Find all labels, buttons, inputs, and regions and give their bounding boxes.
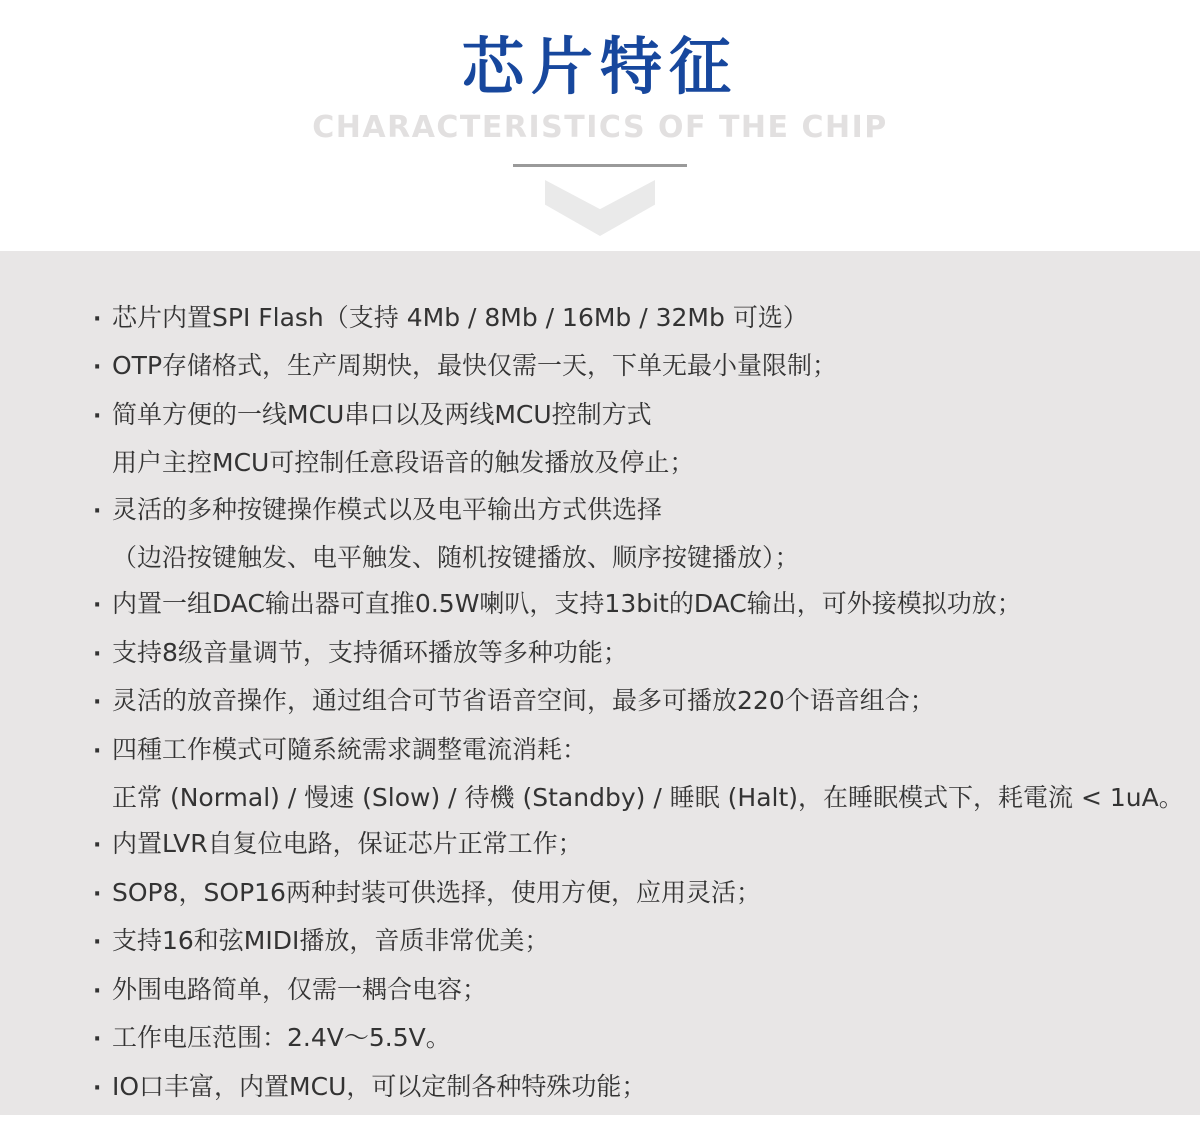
feature-item: · IO口丰富，内置MCU，可以定制各种特殊功能；: [93, 1064, 1185, 1112]
divider-line: [513, 164, 687, 167]
feature-item: · 内置一组DAC输出器可直推0.5W喇叭，支持13bit的DAC输出，可外接模…: [93, 581, 1185, 629]
feature-item: 正常 (Normal) / 慢速 (Slow) / 待機 (Standby) /…: [93, 775, 1185, 821]
feature-item: · 支持16和弦MIDI播放，音质非常优美；: [93, 918, 1185, 966]
feature-text: 正常 (Normal) / 慢速 (Slow) / 待機 (Standby) /…: [112, 775, 1184, 821]
bullet-dot: ·: [93, 1017, 112, 1063]
feature-text: 内置LVR自复位电路，保证芯片正常工作；: [112, 821, 583, 867]
feature-item: · 简单方便的一线MCU串口以及两线MCU控制方式: [93, 392, 1185, 440]
product-description-page: 芯片特征 CHARACTERISTICS OF THE CHIP · 芯片内置S…: [0, 0, 1200, 1115]
bullet-dot: ·: [93, 823, 112, 869]
feature-text: SOP8，SOP16两种封装可供选择，使用方便，应用灵活；: [112, 870, 761, 916]
section-title: 芯片特征: [0, 30, 1200, 104]
feature-text: 芯片内置SPI Flash（支持 4Mb / 8Mb / 16Mb / 32Mb…: [112, 295, 808, 341]
feature-item: · 外围电路简单，仅需一耦合电容；: [93, 967, 1185, 1015]
feature-text: 灵活的放音操作，通过组合可节省语音空间，最多可播放220个语音组合；: [112, 678, 935, 724]
section-header: 芯片特征 CHARACTERISTICS OF THE CHIP: [0, 0, 1200, 236]
feature-text: 外围电路简单，仅需一耦合电容；: [112, 967, 487, 1013]
feature-list: · 芯片内置SPI Flash（支持 4Mb / 8Mb / 16Mb / 32…: [93, 295, 1185, 1112]
bullet-dot: ·: [93, 394, 112, 440]
feature-item: · 灵活的多种按键操作模式以及电平输出方式供选择: [93, 487, 1185, 535]
feature-text: 用户主控MCU可控制任意段语音的触发播放及停止；: [112, 440, 694, 486]
bullet-dot: ·: [93, 1066, 112, 1112]
bullet-dot: ·: [93, 729, 112, 775]
bullet-dot: ·: [93, 872, 112, 918]
bullet-dot: ·: [93, 583, 112, 629]
feature-item: · 工作电压范围：2.4V～5.5V。: [93, 1015, 1185, 1063]
feature-item: · 内置LVR自复位电路，保证芯片正常工作；: [93, 821, 1185, 869]
feature-text: 支持16和弦MIDI播放，音质非常优美；: [112, 918, 549, 964]
feature-text: 简单方便的一线MCU串口以及两线MCU控制方式: [112, 392, 652, 438]
feature-text: 灵活的多种按键操作模式以及电平输出方式供选择: [112, 487, 662, 533]
features-panel: · 芯片内置SPI Flash（支持 4Mb / 8Mb / 16Mb / 32…: [0, 251, 1200, 1115]
feature-item: · 支持8级音量调节，支持循环播放等多种功能；: [93, 630, 1185, 678]
feature-item: 用户主控MCU可控制任意段语音的触发播放及停止；: [93, 440, 1185, 486]
feature-text: 四種工作模式可隨系統需求調整電流消耗：: [112, 727, 587, 773]
bullet-dot: ·: [93, 632, 112, 678]
feature-text: （边沿按键触发、电平触发、随机按键播放、顺序按键播放）；: [112, 535, 800, 581]
bullet-dot: ·: [93, 920, 112, 966]
feature-text: 内置一组DAC输出器可直推0.5W喇叭，支持13bit的DAC输出，可外接模拟功…: [112, 581, 1022, 627]
feature-item: · 芯片内置SPI Flash（支持 4Mb / 8Mb / 16Mb / 32…: [93, 295, 1185, 343]
bullet-dot: ·: [93, 297, 112, 343]
bullet-dot: ·: [93, 680, 112, 726]
feature-text: 工作电压范围：2.4V～5.5V。: [112, 1015, 451, 1061]
bullet-dot: ·: [93, 345, 112, 391]
bullet-dot: ·: [93, 489, 112, 535]
bullet-dot: ·: [93, 969, 112, 1015]
feature-item: · 四種工作模式可隨系統需求調整電流消耗：: [93, 727, 1185, 775]
feature-text: IO口丰富，内置MCU，可以定制各种特殊功能；: [112, 1064, 646, 1110]
feature-item: · 灵活的放音操作，通过组合可节省语音空间，最多可播放220个语音组合；: [93, 678, 1185, 726]
feature-item: · OTP存储格式，生产周期快，最快仅需一天，下单无最小量限制；: [93, 343, 1185, 391]
feature-text: OTP存储格式，生产周期快，最快仅需一天，下单无最小量限制；: [112, 343, 837, 389]
feature-text: 支持8级音量调节，支持循环播放等多种功能；: [112, 630, 628, 676]
chevron-down-icon: [545, 180, 655, 236]
feature-item: （边沿按键触发、电平触发、随机按键播放、顺序按键播放）；: [93, 535, 1185, 581]
feature-item: · SOP8，SOP16两种封装可供选择，使用方便，应用灵活；: [93, 870, 1185, 918]
section-subtitle: CHARACTERISTICS OF THE CHIP: [0, 108, 1200, 148]
